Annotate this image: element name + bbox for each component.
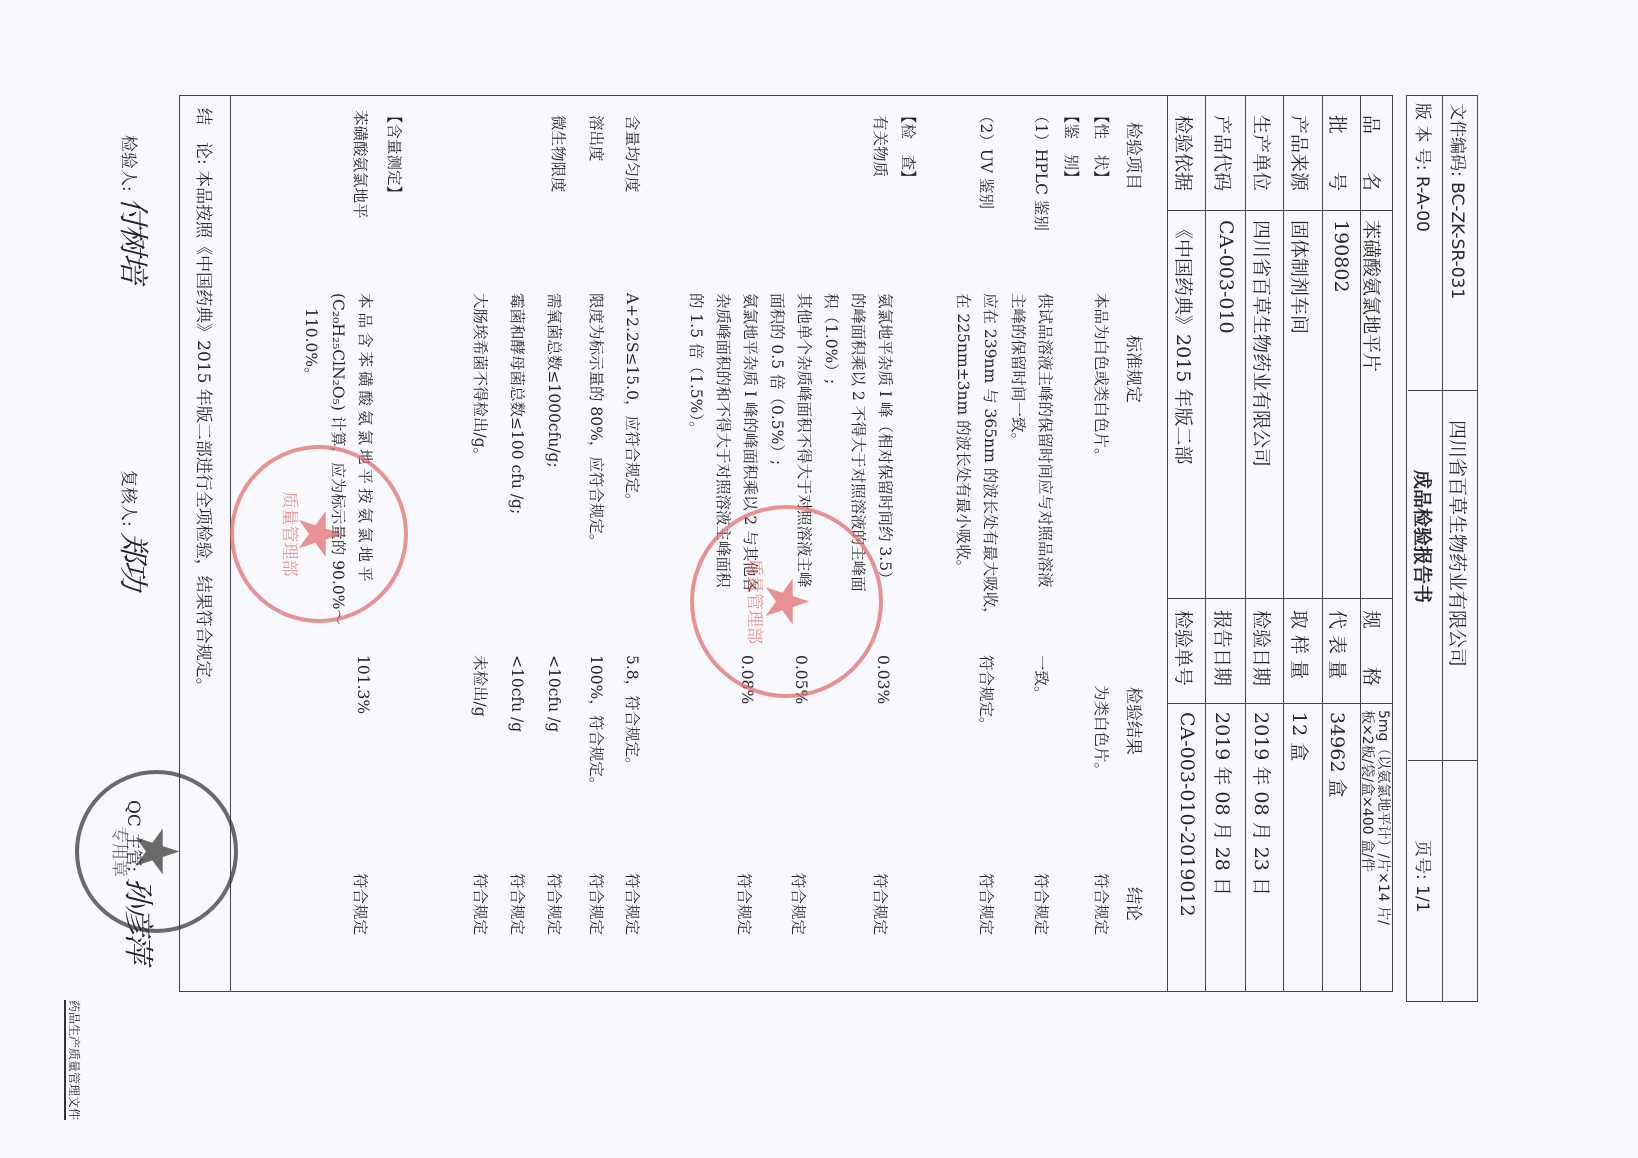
product-name-value: 苯磺酸氨氯地平片 [1359, 220, 1386, 372]
spec-value-line1: 5mg（以氨氯地平计）/片×14 片/ [1375, 710, 1391, 925]
uv-standard-line2: 在 225nm±3nm 的波长处有最小吸收。 [949, 293, 976, 623]
dissolution-standard: 限度为标示量的 80%，应符合规定。 [586, 293, 608, 549]
inspection-date-value: 2019 年 08 月 23 日 [1249, 712, 1276, 896]
hplc-conclusion: 符合规定 [1031, 873, 1053, 935]
stamp-text: 质量管理部 [279, 449, 304, 619]
related-conclusion-1: 符合规定 [870, 873, 892, 935]
company-name: 四川省百草生物药业有限公司 [1445, 420, 1472, 667]
stamp-star-icon: ★ [127, 825, 187, 879]
stamp-text: 专用章 [109, 774, 134, 929]
related-substances-item: 有关物质 [870, 115, 892, 177]
header-divider-v2 [1408, 760, 1478, 761]
spec-value-line2: 板×2板/袋/盒×400 盒/件 [1359, 710, 1375, 925]
uniformity-result: 5.8，符合规定。 [622, 655, 644, 773]
appearance-conclusion: 符合规定 [1091, 873, 1113, 935]
page-number: 页号: 1/1 [1412, 840, 1437, 913]
inspector-label: 检验人: [118, 135, 138, 192]
identification-heading: 【鉴 别】 [1061, 108, 1083, 186]
dissolution-item: 溶出度 [586, 115, 608, 162]
product-code-label: 产品代码 [1210, 115, 1237, 191]
final-conclusion-text: 本品按照《中国药典》2015 年版二部进行全项检验，结果符合规定。 [193, 170, 213, 695]
hplc-result: 一致。 [1031, 655, 1053, 702]
related-conclusion-2: 符合规定 [788, 873, 810, 935]
info-row-line [1205, 95, 1206, 991]
inspector-signature: 检验人: 付树培 [114, 135, 158, 281]
micro-std-line: 霉菌和酵母菌总数≤100 cfu /g; [498, 293, 535, 514]
product-name-label: 品 名 [1359, 115, 1386, 191]
version-value: R-A-00 [1412, 176, 1432, 232]
hplc-item: （1）HPLC 鉴别 [1031, 108, 1053, 231]
inspector-sig: 付树培 [115, 197, 150, 281]
doc-code-label: 文件编码: [1447, 103, 1467, 177]
header-divider [1442, 95, 1443, 1001]
represent-qty-label: 代 表 量 [1325, 610, 1352, 679]
manufacturer-value: 四川省百草生物药业有限公司 [1249, 220, 1276, 467]
info-row-line [1283, 95, 1284, 991]
assay-heading: 【含量测定】 [384, 108, 406, 201]
represent-qty-value: 34962 盒 [1325, 712, 1352, 797]
quality-dept-stamp-2: ★ 质量管理部 [230, 445, 408, 623]
sample-qty-label: 取 样 量 [1287, 610, 1314, 679]
info-row-line [1167, 95, 1168, 991]
info-row-line [1322, 95, 1323, 991]
hplc-standard-line2: 主峰的保留时间一致。 [1004, 293, 1031, 588]
product-code-value: CA-003-010 [1215, 220, 1237, 334]
inspection-no-label: 检验单号 [1171, 610, 1198, 686]
info-col-line [1168, 210, 1393, 211]
basis-label: 检验依据 [1171, 115, 1198, 191]
uv-result: 符合规定。 [976, 655, 998, 733]
micro-result: <10cfu /g [535, 655, 572, 732]
micro-conclusion: 符合规定 [498, 873, 535, 935]
report-title: 成品检验报告书 [1410, 470, 1437, 603]
reviewer-label: 复核人: [118, 470, 138, 527]
batch-label: 批 号 [1325, 115, 1352, 191]
info-col-line [1168, 598, 1393, 599]
quality-dept-stamp: ★ 质量管理部 [690, 505, 883, 698]
col-item-header: 检验项目 [1123, 122, 1148, 190]
uv-standard-line1: 应在 239nm 与 365nm 的波长处有最大吸收， [976, 293, 1003, 623]
uniformity-standard: A+2.2S≤15.0，应符合规定。 [622, 293, 644, 508]
micro-result: 未检出/g [461, 655, 498, 732]
col-result-header: 检验结果 [1123, 687, 1148, 755]
related-conclusion-3: 符合规定 [734, 873, 756, 935]
dissolution-result: 100%，符合规定。 [586, 655, 608, 792]
batch-value: 190802 [1330, 220, 1352, 293]
appearance-standard: 本品为白色或类白色片。 [1091, 293, 1113, 464]
version: 版 本 号: R-A-00 [1412, 103, 1437, 232]
reviewer-sig: 郑功 [115, 532, 150, 588]
hplc-standard: 供试品溶液主峰的保留时间应与对照品溶液 主峰的保留时间一致。 [1004, 293, 1058, 588]
report-date-value: 2019 年 08 月 28 日 [1210, 712, 1237, 896]
appearance-heading: 【性 状】 [1091, 108, 1113, 186]
related-result-1: 0.03% [874, 655, 892, 704]
inspection-no-value: CA-003-010-2019012 [1176, 712, 1198, 917]
hplc-standard-line1: 供试品溶液主峰的保留时间应与对照品溶液 [1031, 293, 1058, 588]
micro-result: <10cfu /g [498, 655, 535, 732]
header-divider-v1 [1408, 390, 1478, 391]
micro-std-line: 需氧菌总数≤1000cfu/g; [535, 293, 572, 514]
microbial-limit-item: 微生物限度 [548, 115, 570, 193]
uniformity-conclusion: 符合规定 [622, 873, 644, 935]
basis-value: 《中国药典》2015 年版二部 [1171, 220, 1198, 464]
source-value: 固体制剂车间 [1287, 220, 1314, 334]
assay-item: 苯磺酸氨氯地平 [350, 110, 372, 219]
spec-label: 规 格 [1359, 610, 1386, 686]
special-seal-stamp: ★ 专用章 [75, 770, 238, 933]
report-date-label: 报告日期 [1210, 610, 1237, 686]
appearance-result: 为类白色片。 [1091, 685, 1113, 778]
micro-conclusion: 符合规定 [461, 873, 498, 935]
page-number-value: 1/1 [1412, 885, 1432, 912]
micro-std-line: 大肠埃希菌不得检出/g。 [461, 293, 498, 514]
uv-conclusion: 符合规定 [976, 873, 998, 935]
micro-conclusion: 符合规定 [535, 873, 572, 935]
reviewer-signature: 复核人: 郑功 [114, 470, 158, 588]
microbial-limit-results: <10cfu /g <10cfu /g 未检出/g [461, 655, 572, 732]
page-number-label: 页号: [1412, 840, 1432, 880]
doc-code-value: BC-ZK-SR-031 [1447, 182, 1467, 299]
uv-item: （2）UV 鉴别 [976, 108, 998, 209]
col-conclusion-header: 结论 [1123, 887, 1148, 921]
doc-code: 文件编码: BC-ZK-SR-031 [1447, 103, 1472, 299]
col-standard-header: 标准规定 [1123, 335, 1148, 403]
uniformity-item: 含量均匀度 [622, 115, 644, 193]
inspection-date-label: 检验日期 [1249, 610, 1276, 686]
spec-value: 5mg（以氨氯地平计）/片×14 片/ 板×2板/袋/盒×400 盒/件 [1359, 710, 1391, 925]
related-std-line: 氨氯地平杂质 I 峰（相对保留时间约 3.5） [871, 293, 898, 592]
microbial-limit-standard: 需氧菌总数≤1000cfu/g; 霉菌和酵母菌总数≤100 cfu /g; 大肠… [461, 293, 572, 514]
stamp-text: 质量管理部 [744, 509, 769, 694]
inspection-report-page: 文件编码: BC-ZK-SR-031 版 本 号: R-A-00 四川省百草生物… [0, 0, 1638, 1158]
dissolution-conclusion: 符合规定 [586, 873, 608, 935]
version-label: 版 本 号: [1412, 103, 1432, 171]
check-heading: 【检 查】 [898, 108, 920, 186]
final-conclusion: 结 论: 本品按照《中国药典》2015 年版二部进行全项检验，结果符合规定。 [193, 108, 218, 695]
info-col-line [1168, 703, 1393, 704]
source-label: 产品来源 [1287, 115, 1314, 191]
assay-result: 101.3% [354, 655, 372, 714]
microbial-limit-conclusions: 符合规定 符合规定 符合规定 [461, 873, 572, 935]
final-conclusion-label: 结 论: [193, 108, 213, 165]
footer-note: 药品生产质量管理文件 [64, 1000, 83, 1120]
assay-conclusion: 符合规定 [350, 873, 372, 935]
uv-standard: 应在 239nm 与 365nm 的波长处有最大吸收， 在 225nm±3nm … [949, 293, 1003, 623]
related-std-line: 的 1.5 倍（1.5%）。 [682, 293, 709, 592]
sample-qty-value: 12 盒 [1287, 712, 1314, 761]
manufacturer-label: 生产单位 [1249, 115, 1276, 191]
info-row-line [1245, 95, 1246, 991]
